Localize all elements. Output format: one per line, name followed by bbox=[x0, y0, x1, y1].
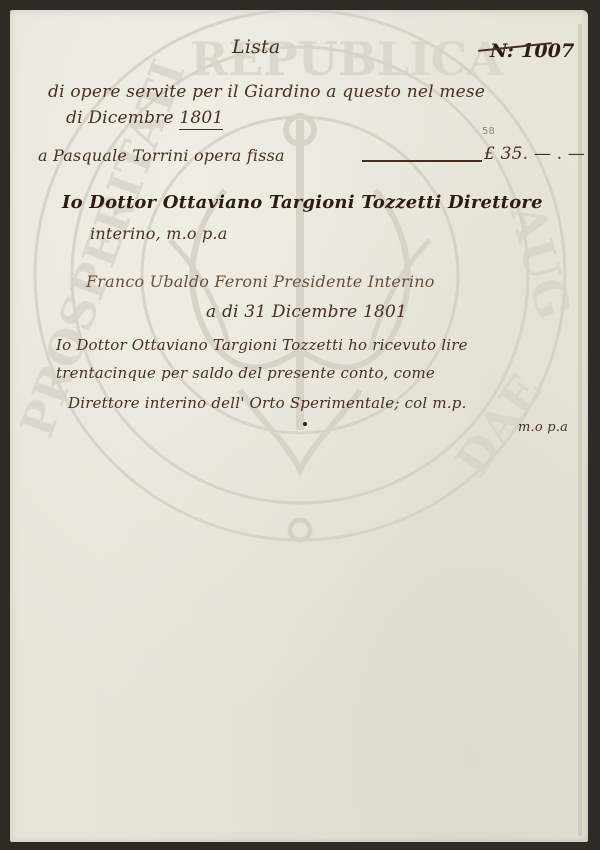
text-line-1: di opere servite per il Giardino a quest… bbox=[48, 82, 485, 102]
receipt-line-3: Direttore interino dell' Orto Sperimenta… bbox=[68, 394, 467, 412]
text-line-2: di Dicembre 1801 bbox=[66, 108, 223, 128]
signature-line-2: interino, m.o p.a bbox=[90, 224, 227, 243]
svg-text:AUG: AUG bbox=[499, 198, 581, 324]
text-line-2-prefix: di Dicembre bbox=[66, 108, 174, 128]
receipt-line-1: Io Dottor Ottaviano Targioni Tozzetti ho… bbox=[56, 336, 468, 354]
receipt-line-4: m.o p.a bbox=[518, 420, 568, 435]
signature-line-1: Io Dottor Ottaviano Targioni Tozzetti Di… bbox=[62, 192, 543, 213]
ink-dot bbox=[303, 422, 307, 426]
document-title: Lista bbox=[232, 36, 280, 58]
document-page: REPUBLICA PROSPERITATI AUG DAE Lista N: … bbox=[10, 10, 588, 842]
text-line-2-year: 1801 bbox=[179, 108, 223, 130]
pencil-note: 58 bbox=[482, 126, 495, 137]
watermark-seal-icon: REPUBLICA PROSPERITATI AUG DAE bbox=[10, 10, 588, 842]
date-line: a di 31 Dicembre 1801 bbox=[206, 302, 407, 322]
leader-line bbox=[362, 160, 482, 162]
text-line-3: a Pasquale Torrini opera fissa bbox=[38, 146, 285, 165]
president-line: Franco Ubaldo Feroni Presidente Interino bbox=[86, 272, 435, 291]
amount-value: £ 35. — . — bbox=[484, 144, 585, 164]
receipt-line-2: trentacinque per saldo del presente cont… bbox=[56, 364, 435, 382]
